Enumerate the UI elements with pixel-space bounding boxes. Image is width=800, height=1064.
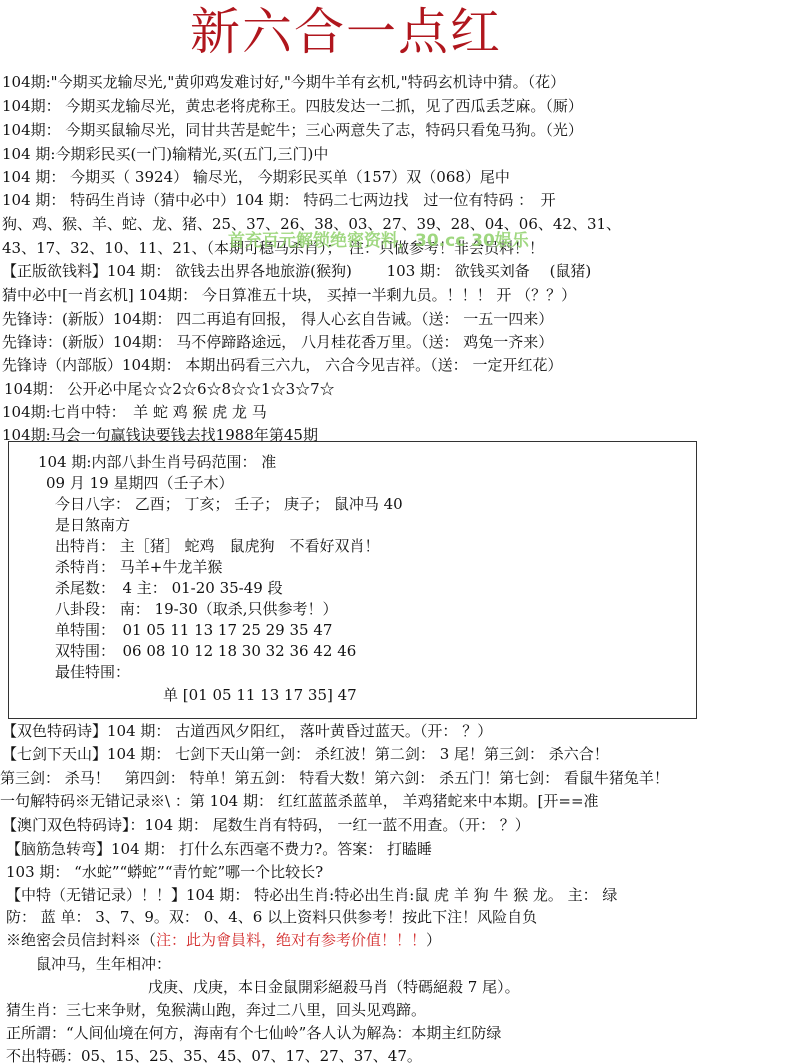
text-line: 104 期： 特码生肖诗（猜中必中）104 期： 特码二七两边找 过一位有特码 …: [2, 190, 556, 210]
text-line: 104期:"今期买龙输尽光,"黄卯鸡发难讨好,"今期牛羊有玄机,"特码玄机诗中猜…: [2, 72, 565, 92]
text-line: 【七剑下天山】104 期： 七剑下天山第一剑： 杀红波！第二剑： 3 尾！第三剑…: [2, 744, 609, 764]
text-line: 一句解特码※无错记录※\ ：第 104 期： 红红蓝蓝杀蓝单， 羊鸡猪蛇来中本期…: [0, 791, 599, 811]
text-line: 双特围： 06 08 10 12 18 30 32 36 42 46: [55, 641, 356, 661]
text-line: 防： 蓝 单： 3、7、9。双： 0、4、6 以上资料只供参考！按此下注！风险自…: [6, 907, 537, 927]
text-line: 第三剑： 杀马！ 第四剑： 特单！第五剑： 特看大数！第六剑： 杀五门！第七剑：…: [0, 768, 669, 788]
text-line: 单特围： 01 05 11 13 17 25 29 35 47: [55, 620, 332, 640]
text-line: 104 期:内部八卦生肖号码范围： 准: [38, 452, 276, 472]
secret-note: 注：此为會員料，绝对有参考价值！！！: [156, 931, 426, 949]
secret-prefix: ※绝密会员信封料※（: [6, 931, 156, 949]
watermark-banner[interactable]: 首充百元解锁绝密资料，30.cc 30娱乐: [228, 226, 529, 251]
text-line: 104期： 今期买鼠输尽光，同甘共苦是蛇牛；三心两意失了志，特码只看兔马狗。（光…: [2, 120, 583, 140]
text-line: 【中特（无错记录）！！】104 期： 特必出生肖:特必出生肖:鼠 虎 羊 狗 牛…: [6, 885, 617, 905]
text-line: 09 月 19 星期四（壬子木）: [46, 473, 233, 493]
text-line: 单 [01 05 11 13 17 35] 47: [163, 685, 357, 705]
text-line: 是日煞南方: [55, 515, 130, 535]
text-line: 【正版欲钱料】104 期： 欲钱去出界各地旅游(猴狗) 103 期： 欲钱买刘备…: [2, 261, 591, 281]
text-line: 104 期： 今期买（ 3924） 输尽光， 今期彩民买单（157）双（068）…: [2, 167, 510, 187]
text-line: 104期:七肖中特： 羊 蛇 鸡 猴 虎 龙 马: [2, 402, 267, 422]
text-line: 正所謂：“人间仙境在何方，海南有个七仙岭”各人认为解為：本期主红防绿: [6, 1023, 501, 1043]
text-line: 先锋诗：(新版）104期： 马不停蹄路途远， 八月桂花香万里。（送： 鸡兔一齐来…: [2, 332, 553, 352]
text-line: 【双色特码诗】104 期： 古道西风夕阳红， 落叶黄昏过蓝天。（开： ？）: [2, 721, 492, 741]
text-line: 104 期:今期彩民买(一门)输精光,买(五门,三门)中: [2, 144, 328, 164]
page-title: 新六合一点红: [190, 2, 502, 62]
text-line: 【澳门双色特码诗】：104 期： 尾数生肖有特码， 一红一蓝不用查。（开： ？）: [2, 815, 530, 835]
text-line: 先锋诗（内部版）104期： 本期出码看三六九， 六合今见吉祥。（送： 一定开红花…: [2, 355, 562, 375]
text-line: 出特肖： 主［猪］ 蛇鸡 鼠虎狗 不看好双肖！: [55, 536, 380, 556]
text-line: 鼠冲马，生年相冲：: [36, 954, 171, 974]
text-line: 八卦段： 南： 19-30（取杀,只供参考！）: [55, 599, 338, 619]
text-line: 不出特碼：05、15、25、35、45、07、17、27、37、47。: [6, 1046, 422, 1064]
text-line: 104期： 今期买龙输尽光，黄忠老将虎称王。四肢发达一二抓，见了西瓜丢芝麻。（厮…: [2, 96, 583, 116]
text-line: 先锋诗：(新版）104期： 四二再追有回报， 得人心玄自告诫。（送： 一五一四来…: [2, 309, 553, 329]
text-line: 杀特肖： 马羊+牛龙羊猴: [55, 557, 222, 577]
secret-line: ※绝密会员信封料※（注：此为會員料，绝对有参考价值！！！）: [6, 930, 441, 950]
text-line: 猜中必中[一肖玄机] 104期： 今日算准五十块， 买掉一半剩九员。！！！ 开 …: [2, 285, 576, 305]
secret-suffix: ）: [426, 931, 441, 949]
text-line: 今日八字： 乙酉； 丁亥； 壬子； 庚子； 鼠冲马 40: [55, 494, 403, 514]
text-line: 最佳特围：: [55, 662, 130, 682]
text-line: 猜生肖：三七来争财，兔猴满山跑，奔过二八里，回头见鸡蹄。: [6, 1000, 426, 1020]
text-line: 戊庚、戊庚，本日金鼠開彩絕殺马肖（特碼絕殺 7 尾）。: [148, 977, 520, 997]
text-line: 【脑筋急转弯】104 期： 打什么东西毫不费力?。答案： 打瞌睡: [6, 839, 432, 859]
text-line: 杀尾数： 4 主： 01-20 35-49 段: [55, 578, 283, 598]
text-line: 104期： 公开必中尾☆☆2☆6☆8☆☆1☆3☆7☆: [4, 379, 335, 399]
text-line: 103 期： “水蛇”“蟒蛇”“青竹蛇”哪一个比较长?: [6, 862, 323, 882]
